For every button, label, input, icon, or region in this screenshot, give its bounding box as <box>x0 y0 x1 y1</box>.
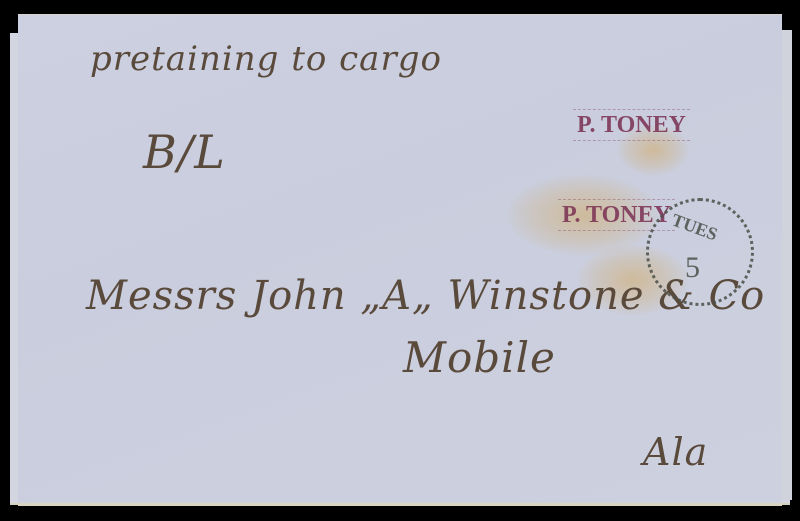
postmark-day: TUES <box>669 210 720 246</box>
letter-cover: pretaining to cargo B/L Messrs John „A„ … <box>18 14 782 506</box>
postmark-date: 5 <box>685 251 700 285</box>
city-line: Mobile <box>403 333 556 382</box>
bill-of-lading-note: B/L <box>143 125 226 179</box>
ship-name-handstamp: P. TONEY <box>573 109 690 141</box>
state-line: Ala <box>643 430 708 474</box>
docket-note: pretaining to cargo <box>90 39 442 79</box>
circular-datestamp: TUES 5 <box>646 198 754 306</box>
